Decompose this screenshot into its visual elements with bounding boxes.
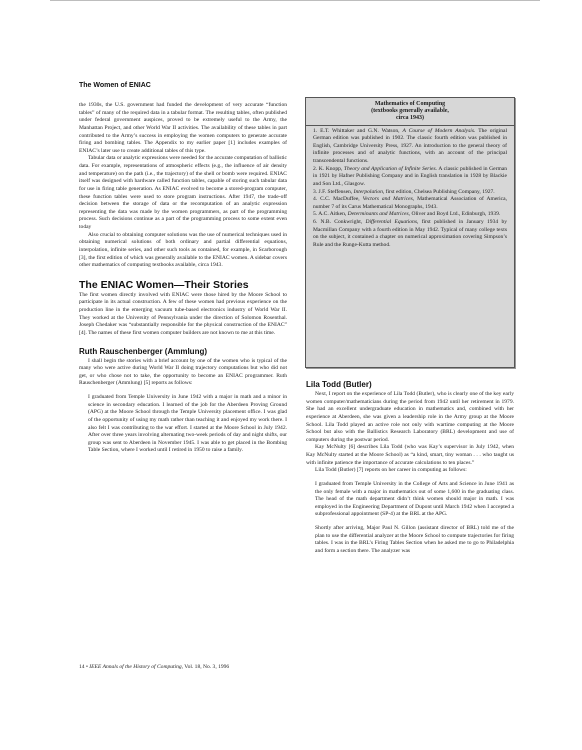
entry-author: 4. C.C. MacDuffee, — [313, 196, 363, 202]
top-rule — [50, 0, 540, 1]
subsection-title: Lila Todd (Butler) — [306, 380, 514, 390]
sidebar-entry: 6. N.B. Conkwright, Differential Equatio… — [313, 219, 507, 250]
left-column: the 1930s, the U.S. government had funde… — [79, 102, 287, 455]
body-paragraph: Next, I report on the experience of Lila… — [306, 391, 514, 444]
entry-details: first edition, Chelsea Publishing Compan… — [384, 189, 494, 195]
quote-paragraph: Shortly after arriving, Major Paul N. Gi… — [315, 525, 514, 556]
body-paragraph: Also crucial to obtaining computer solut… — [79, 232, 287, 270]
publication-title: IEEE Annals of the History of Computing — [89, 664, 181, 670]
entry-author: 1. E.T. Whittaker and G.N. Watson, — [313, 128, 402, 134]
quote-paragraph: I graduated from Temple University in Ju… — [88, 394, 287, 455]
body-paragraph: Tabular data or analytic expressions wer… — [79, 155, 287, 231]
bullet-separator: • — [86, 664, 88, 670]
entry-title: Theory and Application of Infinite Serie… — [344, 166, 437, 172]
sidebar-entry: 2. K. Knopp, Theory and Application of I… — [313, 166, 507, 189]
sidebar-title-line: circa 1943) — [310, 115, 510, 122]
running-head: The Women of ENIAC — [79, 82, 151, 89]
sidebar-entry: 4. C.C. MacDuffee, Vectors and Matrices,… — [313, 196, 507, 211]
entry-author: 2. K. Knopp, — [313, 166, 344, 172]
sidebar-list: 1. E.T. Whittaker and G.N. Watson, A Cou… — [306, 126, 514, 250]
subsection-title: Ruth Rauschenberger (Ammlung) — [79, 347, 287, 357]
entry-title: Determinants and Matrices, — [348, 211, 410, 217]
block-quote: I graduated from Temple University in Ju… — [88, 394, 287, 455]
entry-title: Differential Equations, — [365, 219, 418, 225]
quote-paragraph: I graduated from Temple University in th… — [315, 481, 514, 519]
entry-title: Vectors and Matrices, — [363, 196, 415, 202]
sidebar-box: Mathematics of Computing (textbooks gene… — [305, 97, 515, 368]
entry-title: A Course of Modern Analysis. — [402, 128, 475, 134]
sidebar-title: Mathematics of Computing (textbooks gene… — [306, 98, 514, 126]
sidebar-entry: 5. A.C. Aitken, Determinants and Matrice… — [313, 211, 507, 219]
section-title: The ENIAC Women—Their Stories — [79, 279, 287, 291]
issue-info: , Vol. 18, No. 3, 1996 — [182, 664, 230, 670]
body-paragraph: Kay McNulty [6] describes Lila Todd (who… — [306, 444, 514, 467]
body-paragraph: The first women directly involved with E… — [79, 292, 287, 338]
entry-author: 6. N.B. Conkwright, — [313, 219, 365, 225]
entry-author: 5. A.C. Aitken, — [313, 211, 348, 217]
block-quote: I graduated from Temple University in th… — [315, 481, 514, 556]
body-paragraph: I shall begin the stories with a brief a… — [79, 358, 287, 389]
entry-author: 3. J.F. Steffensen, — [313, 189, 354, 195]
right-column: Lila Todd (Butler) Next, I report on the… — [306, 380, 514, 556]
entry-title: Interpolation, — [354, 189, 385, 195]
entry-details: Oliver and Boyd Ltd., Edinburgh, 1939. — [410, 211, 500, 217]
sidebar-entry: 1. E.T. Whittaker and G.N. Watson, A Cou… — [313, 128, 507, 166]
page-footer: 14 • IEEE Annals of the History of Compu… — [79, 664, 229, 670]
page-number: 14 — [79, 664, 85, 670]
body-paragraph: the 1930s, the U.S. government had funde… — [79, 102, 287, 155]
body-paragraph: Lila Todd (Butler) [7] reports on her ca… — [306, 467, 514, 475]
